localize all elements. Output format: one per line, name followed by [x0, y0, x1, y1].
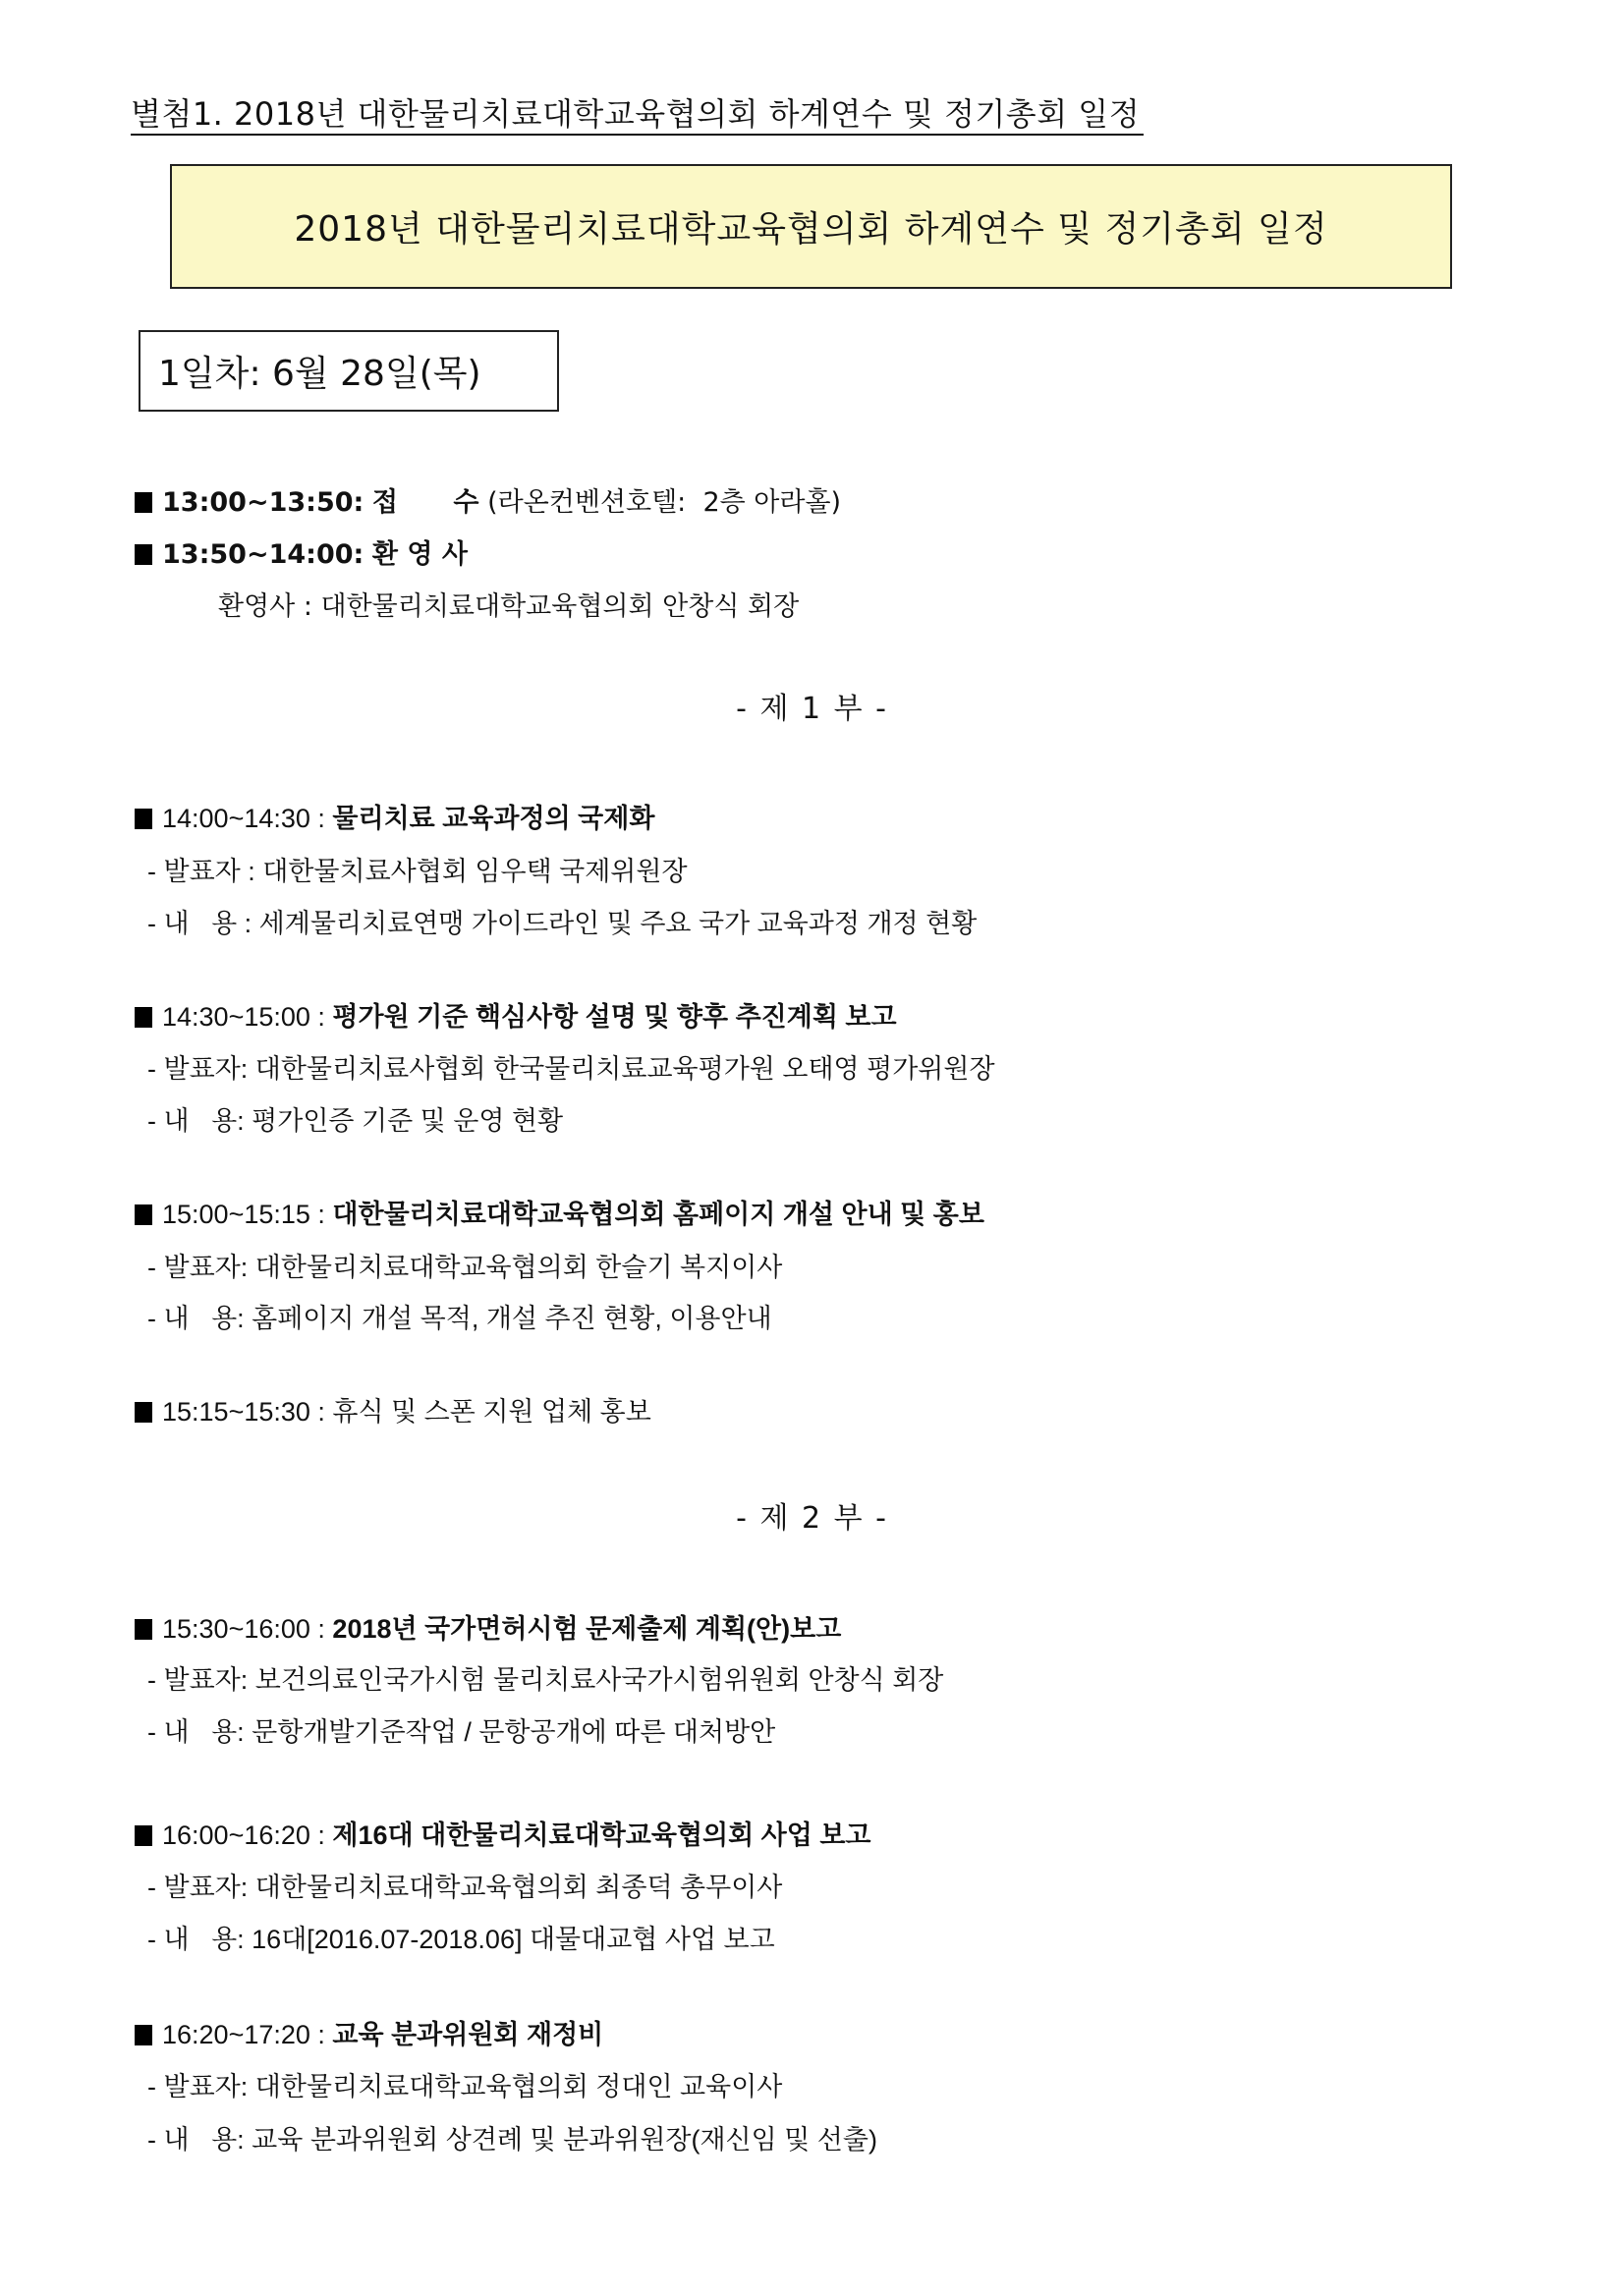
- agenda-content: - 내 용: 교육 분과위원회 상견례 및 분과위원장(재신임 및 선출): [147, 2122, 877, 2157]
- agenda-item-break: 15:15~15:30 : 휴식 및 스폰 지원 업체 홍보: [135, 1394, 651, 1429]
- agenda-title: 접 수: [372, 487, 479, 518]
- agenda-title: 휴식 및 스폰 지원 업체 홍보: [332, 1397, 650, 1427]
- agenda-presenter: - 발표자 : 대한물치료사협회 임우택 국제위원장: [147, 854, 688, 889]
- agenda-title: 물리치료 교육과정의 국제화: [332, 804, 654, 833]
- agenda-time: 15:00~15:15 :: [162, 1200, 325, 1229]
- agenda-presenter: - 발표자: 대한물리치료대학교육협의회 최종덕 총무이사: [147, 1870, 782, 1905]
- welcome-detail: 환영사 : 대한물리치료대학교육협의회 안창식 회장: [218, 589, 799, 625]
- agenda-presenter: - 발표자: 대한물리치료대학교육협의회 한슬기 복지이사: [147, 1250, 782, 1285]
- agenda-time: 16:00~16:20 :: [162, 1820, 325, 1850]
- agenda-title: 환 영 사: [372, 539, 468, 570]
- agenda-presenter: - 발표자: 대한물리치료대학교육협의회 정대인 교육이사: [147, 2069, 782, 2104]
- agenda-item: 14:30~15:00 : 평가원 기준 핵심사항 설명 및 향후 추진계획 보…: [135, 999, 897, 1035]
- agenda-time: 14:00~14:30 :: [162, 804, 325, 833]
- square-bullet-icon: [135, 809, 152, 829]
- agenda-time: 16:20~17:20 :: [162, 2020, 325, 2049]
- square-bullet-icon: [135, 1402, 152, 1423]
- agenda-time: 13:00~13:50:: [162, 487, 364, 518]
- agenda-content: - 내 용: 평가인증 기준 및 운영 현황: [147, 1103, 563, 1139]
- section-2-heading: - 제 2 부 -: [0, 1499, 1624, 1539]
- agenda-item: 15:30~16:00 : 2018년 국가면허시험 문제출제 계획(안)보고: [135, 1611, 841, 1647]
- square-bullet-icon: [135, 2025, 152, 2045]
- agenda-title: 대한물리치료대학교육협의회 홈페이지 개설 안내 및 홍보: [332, 1200, 983, 1229]
- agenda-title: 평가원 기준 핵심사항 설명 및 향후 추진계획 보고: [332, 1002, 896, 1032]
- square-bullet-icon: [135, 1204, 152, 1225]
- agenda-presenter: - 발표자: 대한물리치료사협회 한국물리치료교육평가원 오태영 평가위원장: [147, 1051, 995, 1087]
- agenda-item-welcome: 13:50~14:00: 환 영 사: [135, 537, 468, 573]
- agenda-content: - 내 용: 문항개발기준작업 / 문항공개에 따른 대처방안: [147, 1714, 775, 1750]
- square-bullet-icon: [135, 1007, 152, 1028]
- agenda-item-registration: 13:00~13:50: 접 수 (라온컨벤션호텔: 2층 아라홀): [135, 485, 841, 521]
- agenda-content: - 내 용: 홈페이지 개설 목적, 개설 추진 현황, 이용안내: [147, 1301, 772, 1336]
- section-1-heading: - 제 1 부 -: [0, 690, 1624, 729]
- day-label: 1일차: 6월 28일(목): [158, 346, 481, 396]
- agenda-note: (라온컨벤션호텔: 2층 아라홀): [487, 487, 841, 518]
- square-bullet-icon: [135, 1825, 152, 1846]
- day-label-box: 1일차: 6월 28일(목): [139, 330, 559, 412]
- agenda-content: - 내 용: 16대[2016.07-2018.06] 대물대교협 사업 보고: [147, 1922, 775, 1957]
- agenda-presenter: - 발표자: 보건의료인국가시험 물리치료사국가시험위원회 안창식 회장: [147, 1662, 943, 1698]
- agenda-title: 2018년 국가면허시험 문제출제 계획(안)보고: [332, 1614, 841, 1644]
- agenda-title: 교육 분과위원회 재정비: [332, 2020, 603, 2049]
- agenda-item: 16:20~17:20 : 교육 분과위원회 재정비: [135, 2017, 603, 2052]
- agenda-time: 13:50~14:00:: [162, 539, 364, 570]
- agenda-time: 15:15~15:30 :: [162, 1397, 325, 1427]
- attachment-title: 별첨1. 2018년 대한물리치료대학교육협의회 하계연수 및 정기총회 일정: [131, 94, 1144, 136]
- agenda-title: 제16대 대한물리치료대학교육협의회 사업 보고: [332, 1820, 870, 1850]
- square-bullet-icon: [135, 544, 152, 565]
- agenda-time: 15:30~16:00 :: [162, 1614, 325, 1644]
- square-bullet-icon: [135, 1619, 152, 1640]
- agenda-item: 14:00~14:30 : 물리치료 교육과정의 국제화: [135, 801, 654, 836]
- agenda-item: 16:00~16:20 : 제16대 대한물리치료대학교육협의회 사업 보고: [135, 1818, 871, 1853]
- square-bullet-icon: [135, 492, 152, 513]
- agenda-time: 14:30~15:00 :: [162, 1002, 325, 1032]
- banner-title-box: 2018년 대한물리치료대학교육협의회 하계연수 및 정기총회 일정: [170, 164, 1452, 289]
- agenda-content: - 내 용 : 세계물리치료연맹 가이드라인 및 주요 국가 교육과정 개정 현…: [147, 906, 977, 941]
- banner-title: 2018년 대한물리치료대학교육협의회 하계연수 및 정기총회 일정: [294, 201, 1327, 252]
- agenda-item: 15:00~15:15 : 대한물리치료대학교육협의회 홈페이지 개설 안내 및…: [135, 1197, 984, 1232]
